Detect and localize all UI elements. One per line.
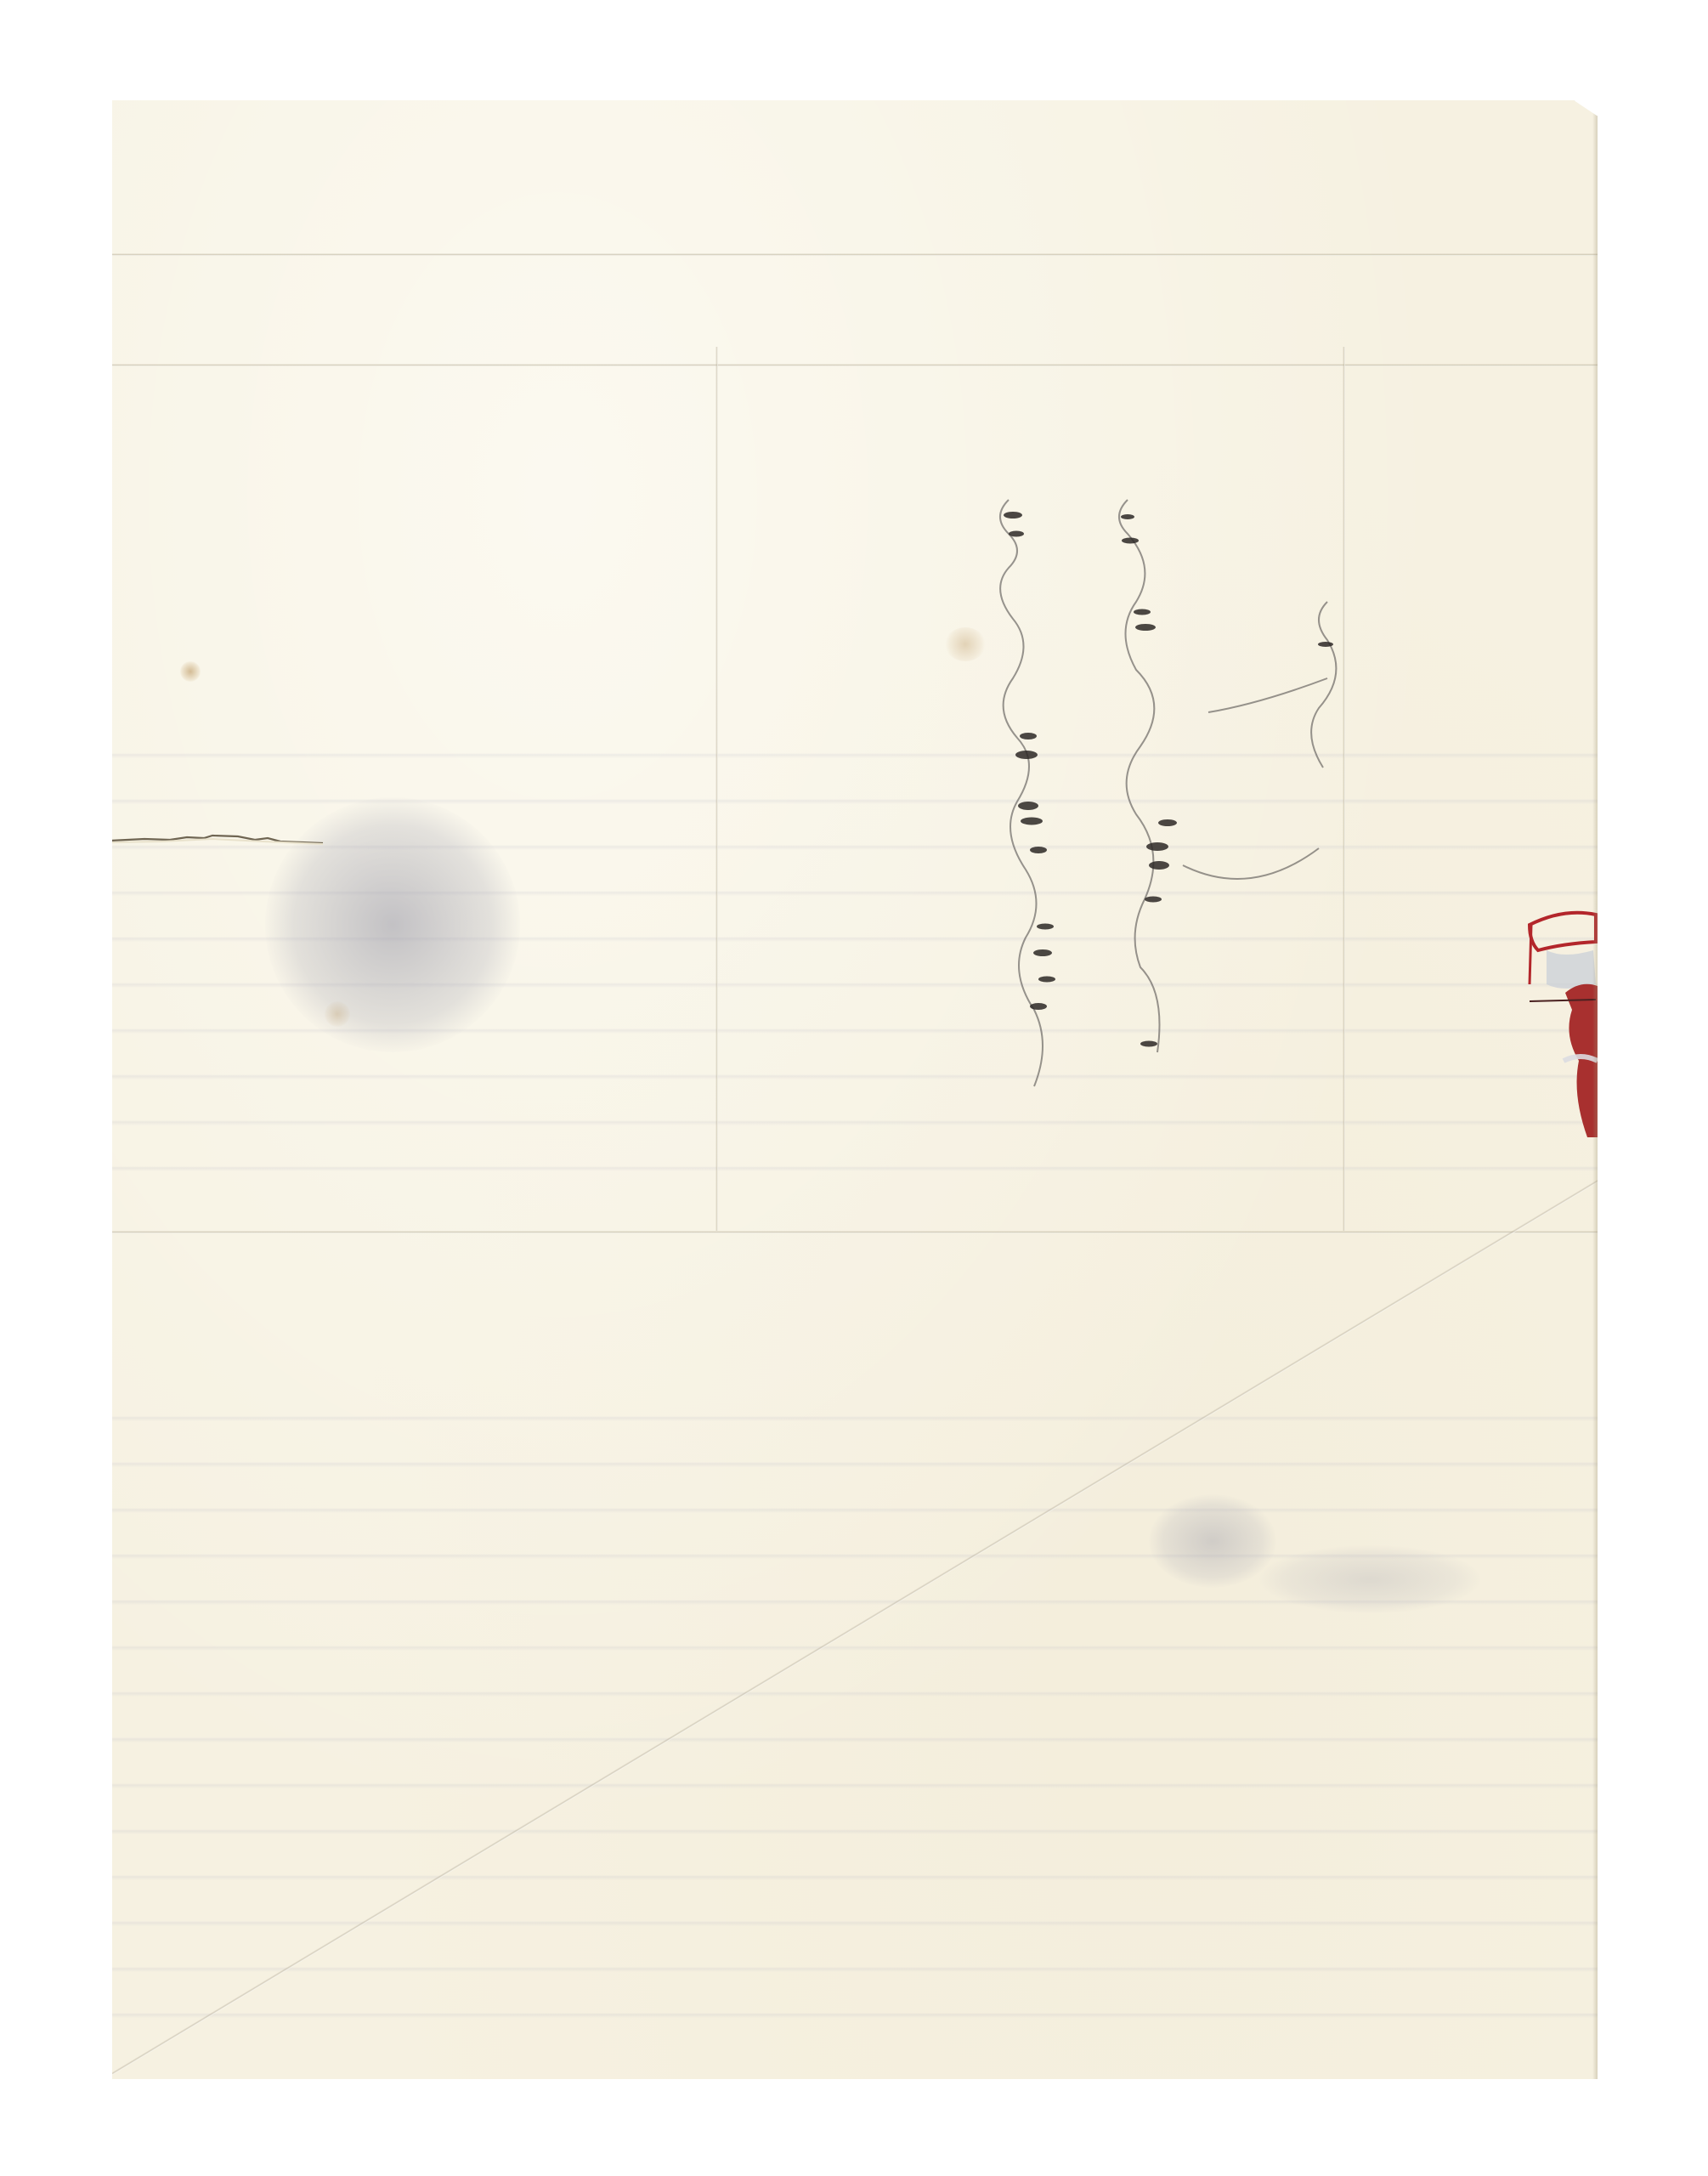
edge-tear — [112, 833, 323, 845]
docket-line-2: Letter of — [1404, 466, 1405, 467]
gray-smudge — [1149, 1494, 1276, 1588]
docket-line-3: Jan'y 1800 — [1404, 466, 1405, 467]
letter-paper: Goodman Letter of Jan'y 1800 — [112, 100, 1598, 2079]
paper-edge-shadow — [1592, 100, 1598, 2079]
foxing-spot — [180, 661, 201, 682]
fold-crease-upper — [112, 364, 1598, 366]
gray-smudge-2 — [1259, 1545, 1480, 1613]
fold-crease-top — [112, 253, 1598, 256]
fold-crease-vertical-left — [715, 347, 718, 1231]
docket-ink-strokes — [928, 466, 1404, 1256]
document-description: Faded handwritten endorsement on the ver… — [0, 0, 1, 1]
red-wax-seal-remnant — [1513, 891, 1598, 1137]
foxing-spot — [325, 1001, 350, 1027]
handwritten-docket: Goodman Letter of Jan'y 1800 — [928, 466, 1404, 1256]
docket-line-1: Goodman — [1404, 466, 1405, 467]
